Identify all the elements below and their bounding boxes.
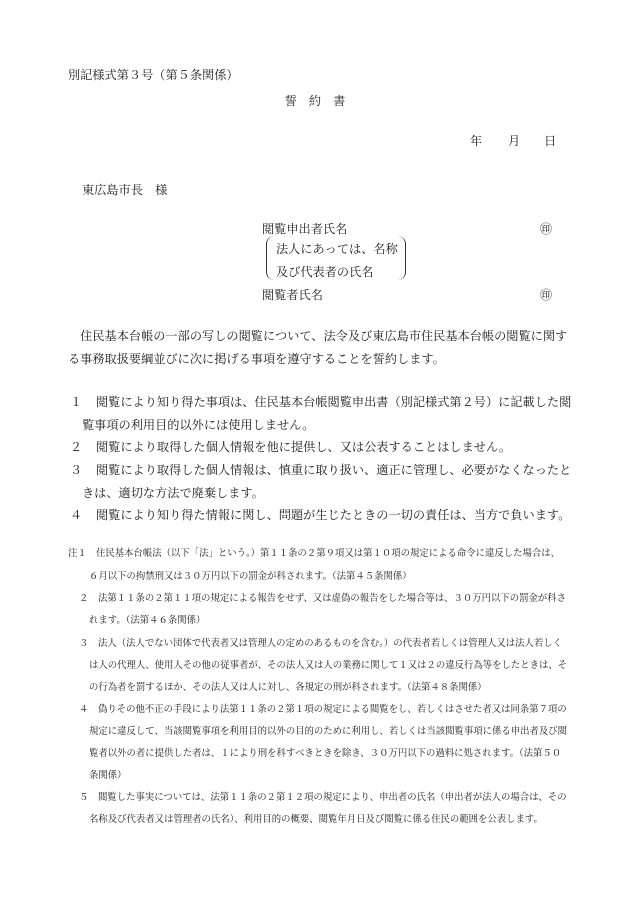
intro-line: る事務取扱要綱並びに次に掲げる事項を遵守することを誓約します。 <box>68 350 445 367</box>
seal-mark-applicant: ㊞ <box>540 220 552 237</box>
addressee: 東広島市長 様 <box>82 181 167 198</box>
item-text: 閲覧により知り得た事項は、住民基本台帳閲覧申出書（別記様式第２号）に記載した閲 <box>96 393 571 410</box>
note-text: 条関係） <box>89 767 127 781</box>
applicant-name-label: 閲覧申出者氏名 <box>262 220 347 237</box>
intro-line: 住民基本台帳の一部の写しの閲覧について、法令及び東広島市住民基本台帳の閲覧に関す <box>68 327 567 344</box>
note-text: 名称及び代表者又は管理者の氏名）、利用目的の概要、閲覧年月日及び閲覧に係る住民の… <box>89 811 543 825</box>
note-number: 注１ <box>68 545 87 559</box>
item-text: 閲覧により取得した個人情報を他に提供し、又は公表することはしません。 <box>96 438 511 455</box>
viewer-name-label: 閲覧者氏名 <box>262 286 323 303</box>
item-text: 覧事項の利用目的以外には使用しません。 <box>82 416 314 433</box>
note-text: は人の代理人、使用人その他の従事者が、その法人又は人の業務に関して１又は２の違反… <box>89 657 567 671</box>
corporation-note-line1: 法人にあっては、名称 <box>276 240 398 257</box>
note-number: ３ <box>79 635 88 649</box>
note-text: れます。（法第４６条関係） <box>89 612 205 626</box>
item-number: ４ <box>70 506 82 523</box>
item-number: ３ <box>70 461 82 478</box>
item-number: １ <box>70 393 82 410</box>
item-text: きは、適切な方法で廃棄します。 <box>82 484 264 501</box>
item-text: 閲覧により知り得た情報に関し、問題が生じたときの一切の責任は、当方で負います。 <box>96 506 570 523</box>
note-text: ６月以下の拘禁刑又は３０万円以下の罰金が科されます。（法第４５条関係） <box>89 568 412 582</box>
date-year-label: 年 <box>470 132 482 149</box>
date-day-label: 日 <box>544 132 556 149</box>
note-text: 閲覧した事実については、法第１１条の２第１２項の規定により、申出者の氏名（申出者… <box>98 789 567 803</box>
note-text: 覧者以外の者に提供した者は、１により刑を科すべきときを除き、３０万円以下の過料に… <box>89 745 561 759</box>
note-text: 法人（法人でない団体で代表者又は管理人の定めのあるものを含む。）の代表者若しくは… <box>98 635 562 649</box>
corporation-note-line2: 及び代表者の氏名 <box>276 263 374 280</box>
seal-mark-viewer: ㊞ <box>540 286 552 303</box>
document-title: 誓約書 <box>0 92 630 109</box>
item-text: 閲覧により取得した個人情報は、慎重に取り扱い、適正に管理し、必要がなくなったと <box>96 461 571 478</box>
note-number: ４ <box>79 701 88 715</box>
form-identifier: 別記様式第３号（第５条関係） <box>68 66 239 83</box>
note-text: 法第１１条の２第１１項の規定による報告をせず、又は虚偽の報告をした場合等は、３０… <box>98 590 566 604</box>
note-number: ５ <box>79 789 88 803</box>
note-text: 偽りその他不正の手段により法第１１条の２第１項の規定による閲覧をし、若しくはさせ… <box>98 701 567 715</box>
date-month-label: 月 <box>508 132 520 149</box>
note-text: 規定に違反して、当該閲覧事項を利用目的以外の目的のために利用し、若しくは当該閲覧… <box>89 723 567 737</box>
note-number: ２ <box>79 590 88 604</box>
note-text: の行為者を罰するほか、その法人又は人に対し、各規定の刑が科されます。（法第４８条… <box>89 679 487 693</box>
item-number: ２ <box>70 438 82 455</box>
note-text: 住民基本台帳法（以下「法」という。）第１１条の２第９項又は第１０項の規定による命… <box>96 545 560 559</box>
